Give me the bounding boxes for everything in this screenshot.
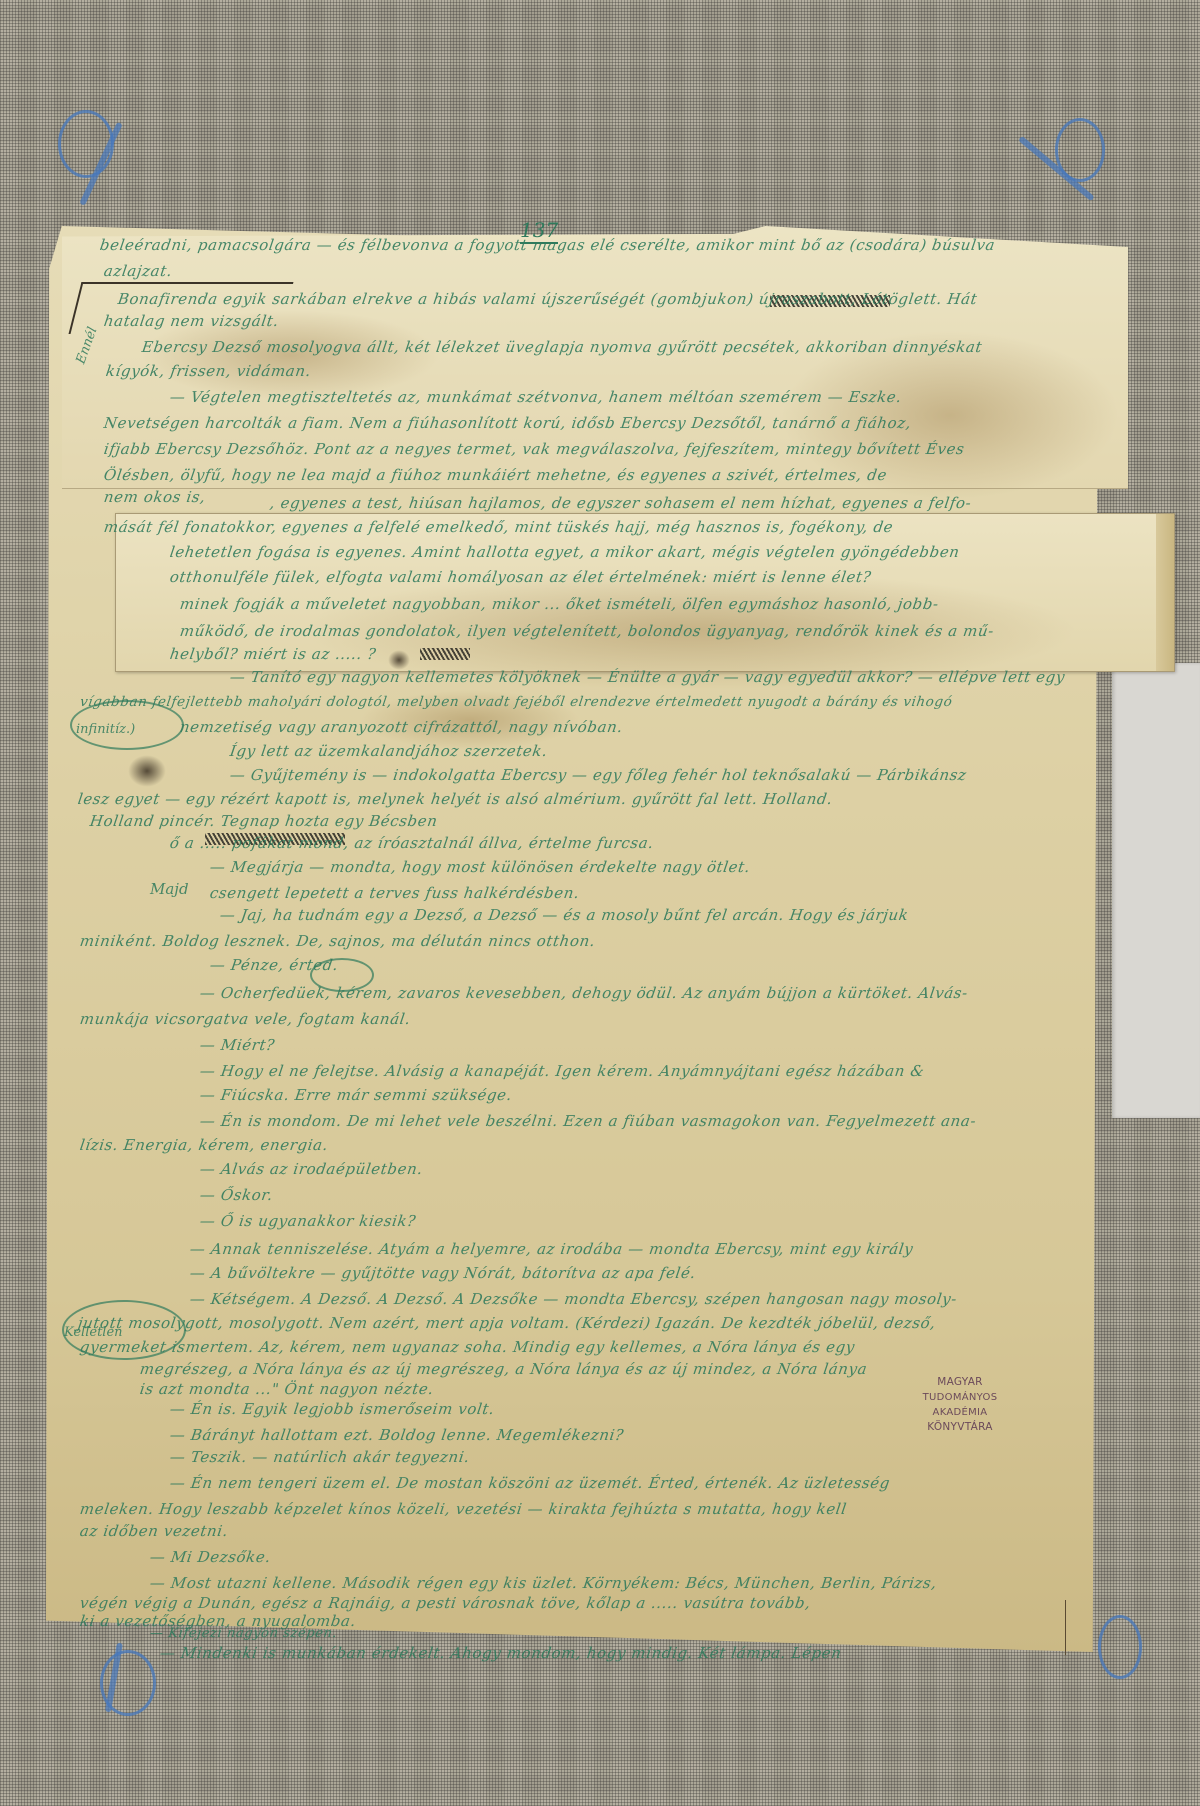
text-line: munkája vicsorgatva vele, fogtam kanál.: [79, 1010, 412, 1028]
text-line: — Megjárja — mondta, hogy most különösen…: [209, 858, 752, 876]
text-line: mását fél fonatokkor, egyenes a felfelé …: [103, 518, 895, 536]
text-line: hatalag nem vizsgált.: [103, 312, 280, 330]
text-line: — Fiúcska. Erre már semmi szüksége.: [199, 1086, 514, 1104]
text-line: — Miért?: [199, 1036, 276, 1054]
text-line: Nevetségen harcolták a fiam. Nem a fiúha…: [103, 414, 913, 432]
ink-blot: [128, 755, 166, 787]
text-line: otthonulféle fülek, elfogta valami homál…: [169, 568, 873, 586]
text-line: lehetetlen fogása is egyenes. Amint hall…: [169, 543, 961, 561]
text-line: ő a ..... pofákat mond, az íróasztalnál …: [169, 834, 655, 852]
text-line: megrészeg, a Nóra lánya és az új megrész…: [139, 1360, 869, 1378]
text-line: , egyenes a test, hiúsan hajlamos, de eg…: [269, 494, 973, 512]
text-line: Ölésben, ölyfű, hogy ne lea majd a fiúho…: [103, 466, 889, 484]
text-line: — Őskor.: [199, 1186, 275, 1204]
text-line: nem okos is,: [103, 488, 207, 506]
text-line: — Bárányt hallottam ezt. Boldog lenne. M…: [169, 1426, 625, 1444]
stamp-line-3: KÖNYVTÁRA: [898, 1420, 1022, 1435]
text-line: Ebercsy Dezső mosolyogva állt, két lélek…: [141, 338, 984, 356]
text-line: meleken. Hogy leszabb képzelet kínos köz…: [79, 1500, 848, 1518]
text-line: Bonafirenda egyik sarkában elrekve a hib…: [117, 290, 979, 308]
text-line: csengett lepetett a terves fuss halkérdé…: [209, 884, 581, 902]
stamp-line-1: MAGYAR: [898, 1375, 1022, 1390]
text-line: — Kifejezi nagyon szépen.: [149, 1626, 338, 1641]
ink-blot: [388, 650, 410, 670]
text-line: — Tanító egy nagyon kellemetes kölyöknek…: [229, 668, 1067, 686]
text-line: — Annak tenniszelése. Atyám a helyemre, …: [189, 1240, 915, 1258]
text-line: is azt mondta ..." Önt nagyon nézte.: [139, 1380, 435, 1398]
text-line: azlajzat.: [103, 262, 174, 280]
library-stamp: MAGYAR TUDOMÁNYOS AKADÉMIA KÖNYVTÁRA: [898, 1375, 1022, 1425]
text-line: — Jaj, ha tudnám egy a Dezső, a Dezső — …: [219, 906, 910, 924]
text-line: helyből? miért is az ..... ?: [169, 645, 378, 663]
text-line: — Én is. Egyik legjobb ismerőseim volt.: [169, 1400, 496, 1418]
text-line: ifjabb Ebercsy Dezsőhöz. Pont az a negye…: [103, 440, 966, 458]
text-line: kígyók, frissen, vidáman.: [105, 362, 313, 380]
text-line: működő, de irodalmas gondolatok, ilyen v…: [179, 622, 996, 640]
text-line: — Végtelen megtiszteltetés az, munkámat …: [169, 388, 903, 406]
text-line: — Ő is ugyanakkor kiesik?: [199, 1212, 417, 1230]
text-line: miniként. Boldog lesznek. De, sajnos, ma…: [79, 932, 597, 950]
white-backing-sheet: [1112, 663, 1200, 1118]
text-line: Holland pincér. Tegnap hozta egy Bécsben: [89, 812, 439, 830]
text-line: — Én is mondom. De mi lehet vele beszéln…: [199, 1112, 978, 1130]
text-line: lesz egyet — egy rézért kapott is, melyn…: [77, 790, 834, 808]
text-line: — Hogy el ne felejtse. Alvásig a kanapéj…: [199, 1062, 926, 1080]
text-line: — Teszik. — natúrlich akár tegyezni.: [169, 1448, 471, 1466]
text-line: végén végig a Dunán, egész a Rajnáig, a …: [79, 1594, 812, 1612]
text-line: — Alvás az irodaépületben.: [199, 1160, 424, 1178]
text-line: vígabban felfejlettebb maholyári dologtó…: [79, 694, 954, 710]
text-line: — Kétségem. A Dezső. A Dezső. A Dezsőke …: [189, 1290, 958, 1308]
text-line: — Mi Dezsőke.: [149, 1548, 272, 1566]
text-line: nemzetiség vagy aranyozott cifrázattól, …: [179, 718, 624, 736]
text-line: — Pénze, érted.: [209, 956, 340, 974]
text-line: gyermeket ismertem. Az, kérem, nem ugyan…: [79, 1338, 856, 1356]
text-line: — Gyűjtemény is — indokolgatta Ebercsy —…: [229, 766, 968, 784]
text-line: — Ocherfedüek, kérem, zavaros kevesebben…: [199, 984, 969, 1002]
margin-note: infinitíz.): [76, 722, 135, 737]
text-line: az időben vezetni.: [79, 1522, 230, 1540]
text-line: Így lett az üzemkalandjához szerzetek.: [229, 742, 549, 760]
text-line: — Mindenki is munkában érdekelt. Ahogy m…: [159, 1644, 843, 1662]
margin-note: Majd: [150, 880, 189, 898]
text-line: — Most utazni kellene. Második régen egy…: [149, 1574, 938, 1592]
text-line: jutott mosolygott, mosolygott. Nem azért…: [77, 1314, 937, 1332]
strikethrough-scribble: [420, 648, 470, 660]
margin-line: [1065, 1600, 1066, 1655]
text-line: beleéradni, pamacsolgára — és félbevonva…: [99, 236, 997, 254]
stamp-line-2: TUDOMÁNYOS AKADÉMIA: [898, 1390, 1022, 1420]
text-line: — A bűvöltekre — gyűjtötte vagy Nórát, b…: [189, 1264, 697, 1282]
text-line: minek fogják a műveletet nagyobban, miko…: [179, 595, 940, 613]
text-line: — Én nem tengeri üzem el. De mostan kösz…: [169, 1474, 892, 1492]
text-line: lízis. Energia, kérem, energia.: [79, 1136, 330, 1154]
